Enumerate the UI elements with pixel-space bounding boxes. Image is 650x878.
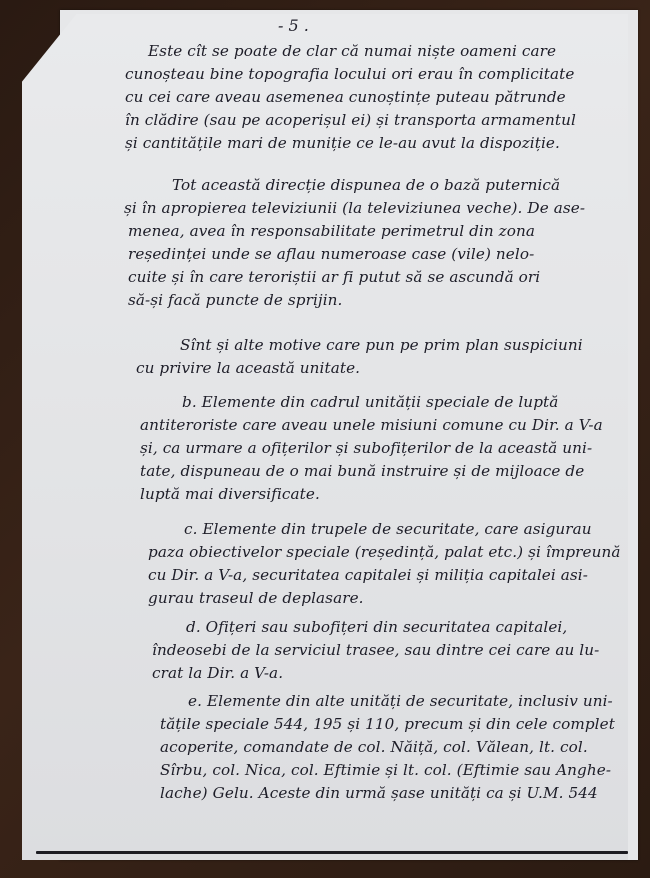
text-line: lache) Gelu. Aceste din urmă șase unităț… xyxy=(40,782,620,805)
text-line: îndeosebi de la serviciul trasee, sau di… xyxy=(40,639,620,662)
text-line: și, ca urmare a ofițerilor și subofițeri… xyxy=(40,437,620,460)
bottom-rule-line xyxy=(36,851,628,854)
text-line: crat la Dir. a V-a. xyxy=(40,662,620,685)
text-line: acoperite, comandate de col. Năiță, col.… xyxy=(40,736,620,759)
list-item-c: c. Elemente din trupele de securitate, c… xyxy=(40,518,620,610)
text-line: e. Elemente din alte unități de securita… xyxy=(40,690,620,713)
text-line: tate, dispuneau de o mai bună instruire … xyxy=(40,460,620,483)
text-line: cu Dir. a V-a, securitatea capitalei și … xyxy=(40,564,620,587)
paragraph-1: Este cît se poate de clar că numai niște… xyxy=(40,40,620,155)
text-line: d. Ofițeri sau subofițeri din securitate… xyxy=(40,616,620,639)
text-line: luptă mai diversificate. xyxy=(40,483,620,506)
text-line: cu privire la această unitate. xyxy=(40,357,620,380)
text-line: cuite și în care teroriștii ar fi putut … xyxy=(40,266,620,289)
paragraph-3: Sînt și alte motive care pun pe prim pla… xyxy=(40,334,620,380)
text-line: cunoșteau bine topografia locului ori er… xyxy=(40,63,620,86)
text-line: c. Elemente din trupele de securitate, c… xyxy=(40,518,620,541)
page-number: - 5 . xyxy=(278,16,309,35)
text-line: cu cei care aveau asemenea cunoștințe pu… xyxy=(40,86,620,109)
list-item-e: e. Elemente din alte unități de securita… xyxy=(40,690,620,805)
text-line: Tot această direcție dispunea de o bază … xyxy=(40,174,620,197)
text-line: antiteroriste care aveau unele misiuni c… xyxy=(40,414,620,437)
text-line: Sînt și alte motive care pun pe prim pla… xyxy=(40,334,620,357)
text-line: să-și facă puncte de sprijin. xyxy=(40,289,620,312)
text-line: paza obiectivelor speciale (reședință, p… xyxy=(40,541,620,564)
text-line: Este cît se poate de clar că numai niște… xyxy=(40,40,620,63)
text-line: menea, avea în responsabilitate perimetr… xyxy=(40,220,620,243)
paragraph-2: Tot această direcție dispunea de o bază … xyxy=(40,174,620,312)
text-line: tățile speciale 544, 195 și 110, precum … xyxy=(40,713,620,736)
list-item-b: b. Elemente din cadrul unității speciale… xyxy=(40,391,620,506)
text-line: b. Elemente din cadrul unității speciale… xyxy=(40,391,620,414)
text-line: reședinței unde se aflau numeroase case … xyxy=(40,243,620,266)
list-item-d: d. Ofițeri sau subofițeri din securitate… xyxy=(40,616,620,685)
text-line: și în apropierea televiziunii (la televi… xyxy=(40,197,620,220)
text-line: Sîrbu, col. Nica, col. Eftimie și lt. co… xyxy=(40,759,620,782)
text-line: gurau traseul de deplasare. xyxy=(40,587,620,610)
text-line: în clădire (sau pe acoperișul ei) și tra… xyxy=(40,109,620,132)
text-line: și cantitățile mari de muniție ce le-au … xyxy=(40,132,620,155)
